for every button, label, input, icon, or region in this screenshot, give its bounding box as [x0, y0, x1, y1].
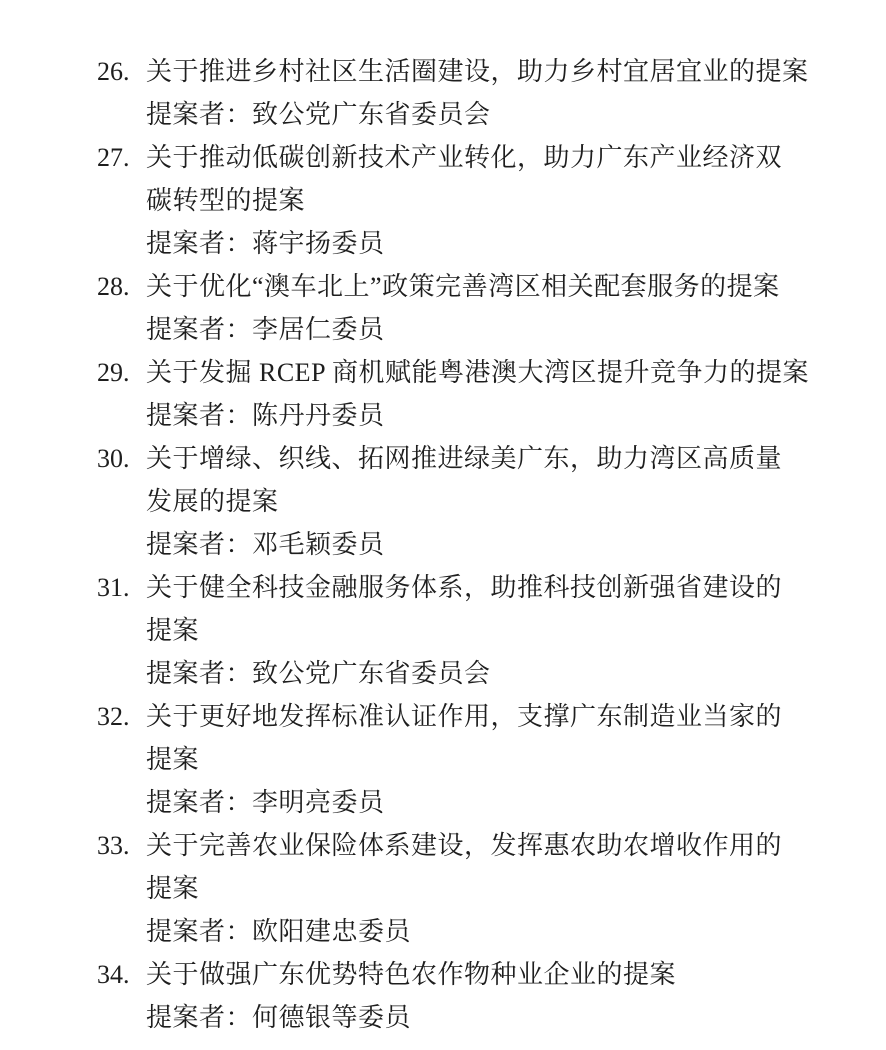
proposer-name: 致公党广东省委员会 — [252, 659, 491, 688]
proposal-title-text: 关于优化“澳车北上”政策完善湾区相关配套服务的提案 — [146, 272, 780, 301]
document-page: 26.关于推进乡村社区生活圈建设，助力乡村宜居宜业的提案提案者：致公党广东省委员… — [0, 0, 886, 1050]
proposal-item: 33.关于完善农业保险体系建设，发挥惠农助农增收作用的提案提案者：欧阳建忠委员 — [146, 824, 798, 953]
proposal-title-line: 31.关于健全科技金融服务体系，助推科技创新强省建设的 — [146, 566, 798, 609]
proposer-name: 欧阳建忠委员 — [252, 917, 411, 946]
proposal-title-line: 26.关于推进乡村社区生活圈建设，助力乡村宜居宜业的提案 — [146, 50, 798, 93]
proposal-proposer-line: 提案者：李明亮委员 — [146, 781, 798, 824]
proposer-label: 提案者： — [146, 401, 252, 430]
proposal-proposer-line: 提案者：致公党广东省委员会 — [146, 93, 798, 136]
proposal-proposer-line: 提案者：邓毛颖委员 — [146, 523, 798, 566]
proposal-title-continuation: 提案 — [146, 867, 798, 910]
proposal-title-text: 关于健全科技金融服务体系，助推科技创新强省建设的 — [146, 573, 782, 602]
proposal-number: 26. — [97, 50, 130, 93]
proposer-name: 蒋宇扬委员 — [252, 229, 385, 258]
proposer-label: 提案者： — [146, 788, 252, 817]
proposal-proposer-line: 提案者：李居仁委员 — [146, 308, 798, 351]
proposal-title-text: 关于增绿、织线、拓网推进绿美广东，助力湾区高质量 — [146, 444, 782, 473]
proposal-item: 31.关于健全科技金融服务体系，助推科技创新强省建设的提案提案者：致公党广东省委… — [146, 566, 798, 695]
proposal-number: 29. — [97, 351, 130, 394]
proposal-title-continuation: 发展的提案 — [146, 480, 798, 523]
proposer-label: 提案者： — [146, 229, 252, 258]
proposal-item: 27.关于推动低碳创新技术产业转化，助力广东产业经济双碳转型的提案提案者：蒋宇扬… — [146, 136, 798, 265]
proposer-name: 陈丹丹委员 — [252, 401, 385, 430]
proposal-item: 26.关于推进乡村社区生活圈建设，助力乡村宜居宜业的提案提案者：致公党广东省委员… — [146, 50, 798, 136]
proposal-list: 26.关于推进乡村社区生活圈建设，助力乡村宜居宜业的提案提案者：致公党广东省委员… — [146, 50, 798, 1039]
proposer-label: 提案者： — [146, 315, 252, 344]
proposal-title-line: 30.关于增绿、织线、拓网推进绿美广东，助力湾区高质量 — [146, 437, 798, 480]
proposal-title-line: 27.关于推动低碳创新技术产业转化，助力广东产业经济双 — [146, 136, 798, 179]
proposer-name: 何德银等委员 — [252, 1003, 411, 1032]
proposer-label: 提案者： — [146, 530, 252, 559]
proposal-title-text: 关于推动低碳创新技术产业转化，助力广东产业经济双 — [146, 143, 782, 172]
proposal-proposer-line: 提案者：陈丹丹委员 — [146, 394, 798, 437]
proposer-name: 致公党广东省委员会 — [252, 100, 491, 129]
proposal-item: 34.关于做强广东优势特色农作物种业企业的提案提案者：何德银等委员 — [146, 953, 798, 1039]
proposal-title-text: 关于完善农业保险体系建设，发挥惠农助农增收作用的 — [146, 831, 782, 860]
proposal-title-line: 34.关于做强广东优势特色农作物种业企业的提案 — [146, 953, 798, 996]
proposer-name: 李居仁委员 — [252, 315, 385, 344]
proposal-title-text: 关于推进乡村社区生活圈建设，助力乡村宜居宜业的提案 — [146, 57, 809, 86]
proposer-label: 提案者： — [146, 917, 252, 946]
proposal-title-text: 关于更好地发挥标准认证作用，支撑广东制造业当家的 — [146, 702, 782, 731]
proposal-title-text: 关于做强广东优势特色农作物种业企业的提案 — [146, 960, 676, 989]
proposal-number: 28. — [97, 265, 130, 308]
proposer-name: 李明亮委员 — [252, 788, 385, 817]
proposal-proposer-line: 提案者：何德银等委员 — [146, 996, 798, 1039]
proposer-name: 邓毛颖委员 — [252, 530, 385, 559]
proposer-label: 提案者： — [146, 100, 252, 129]
proposal-title-line: 33.关于完善农业保险体系建设，发挥惠农助农增收作用的 — [146, 824, 798, 867]
proposal-number: 30. — [97, 437, 130, 480]
proposal-title-text: 关于发掘 RCEP 商机赋能粤港澳大湾区提升竞争力的提案 — [146, 358, 809, 387]
proposal-title-line: 28.关于优化“澳车北上”政策完善湾区相关配套服务的提案 — [146, 265, 798, 308]
proposal-number: 33. — [97, 824, 130, 867]
proposal-title-line: 32.关于更好地发挥标准认证作用，支撑广东制造业当家的 — [146, 695, 798, 738]
proposer-label: 提案者： — [146, 659, 252, 688]
proposal-proposer-line: 提案者：致公党广东省委员会 — [146, 652, 798, 695]
proposal-number: 31. — [97, 566, 130, 609]
proposal-item: 28.关于优化“澳车北上”政策完善湾区相关配套服务的提案提案者：李居仁委员 — [146, 265, 798, 351]
proposal-number: 27. — [97, 136, 130, 179]
proposal-title-line: 29.关于发掘 RCEP 商机赋能粤港澳大湾区提升竞争力的提案 — [146, 351, 798, 394]
proposal-title-continuation: 提案 — [146, 738, 798, 781]
proposal-item: 32.关于更好地发挥标准认证作用，支撑广东制造业当家的提案提案者：李明亮委员 — [146, 695, 798, 824]
proposal-item: 30.关于增绿、织线、拓网推进绿美广东，助力湾区高质量发展的提案提案者：邓毛颖委… — [146, 437, 798, 566]
proposal-proposer-line: 提案者：蒋宇扬委员 — [146, 222, 798, 265]
proposer-label: 提案者： — [146, 1003, 252, 1032]
proposal-title-continuation: 提案 — [146, 609, 798, 652]
proposal-proposer-line: 提案者：欧阳建忠委员 — [146, 910, 798, 953]
proposal-title-continuation: 碳转型的提案 — [146, 179, 798, 222]
proposal-number: 32. — [97, 695, 130, 738]
proposal-number: 34. — [97, 953, 130, 996]
proposal-item: 29.关于发掘 RCEP 商机赋能粤港澳大湾区提升竞争力的提案提案者：陈丹丹委员 — [146, 351, 798, 437]
